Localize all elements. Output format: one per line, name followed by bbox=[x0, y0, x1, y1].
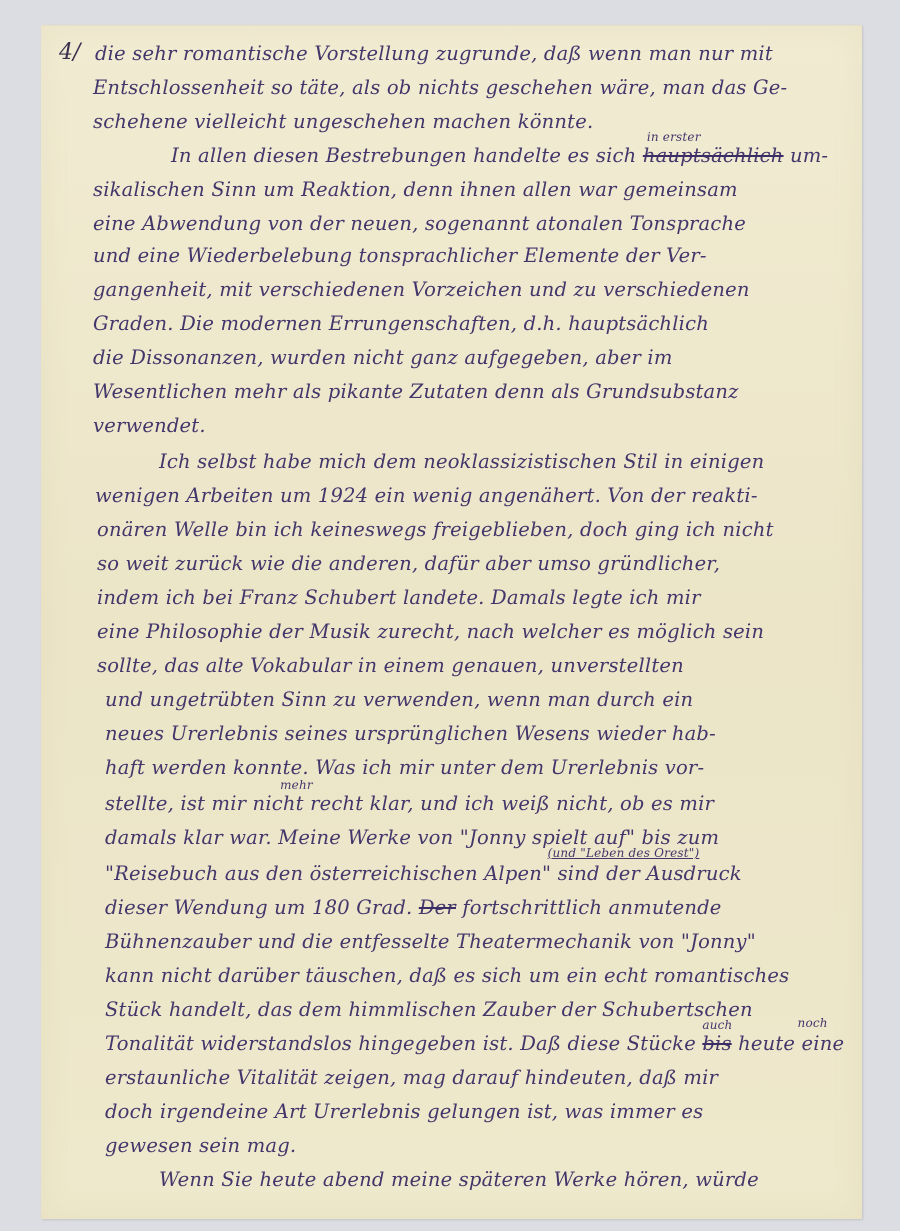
manuscript-line: Wesentlichen mehr als pikante Zutaten de… bbox=[93, 380, 739, 403]
manuscript-line: gewesen sein mag. bbox=[105, 1134, 296, 1157]
manuscript-line: die Dissonanzen, wurden nicht ganz aufge… bbox=[93, 346, 673, 369]
manuscript-line: eine Abwendung von der neuen, sogenannt … bbox=[93, 212, 746, 235]
line-text: dieser Wendung um 180 Grad. bbox=[105, 896, 412, 919]
line-text: stellte, ist mir nicht bbox=[105, 792, 304, 815]
manuscript-line: dieser Wendung um 180 Grad. Der fortschr… bbox=[105, 896, 722, 919]
line-text: eine bbox=[802, 1032, 845, 1055]
manuscript-line: "Reisebuch aus den österreichischen Alpe… bbox=[105, 862, 742, 885]
manuscript-line: sollte, das alte Vokabular in einem gena… bbox=[97, 654, 684, 677]
manuscript-line: verwendet. bbox=[93, 414, 206, 437]
interlinear-insertion: auch bbox=[702, 1018, 732, 1032]
interlinear-insertion: mehr bbox=[280, 778, 313, 792]
manuscript-line: gangenheit, mit verschiedenen Vorzeichen… bbox=[93, 278, 750, 301]
line-text: "Reisebuch aus den österreichischen Alpe… bbox=[105, 862, 551, 885]
manuscript-line: doch irgendeine Art Urerlebnis gelungen … bbox=[105, 1100, 703, 1123]
manuscript-page: 4/ die sehr romantische Vorstellung zugr… bbox=[41, 25, 862, 1219]
line-text: Tonalität widerstandslos hingegeben ist.… bbox=[105, 1032, 696, 1055]
page-number: 4/ bbox=[59, 40, 80, 65]
manuscript-line: haft werden konnte. Was ich mir unter de… bbox=[105, 756, 704, 779]
manuscript-line: Graden. Die modernen Errungenschaften, d… bbox=[93, 312, 709, 335]
manuscript-line: so weit zurück wie die anderen, dafür ab… bbox=[97, 552, 720, 575]
line-text: heute bbox=[738, 1032, 795, 1055]
manuscript-line: Bühnenzauber und die entfesselte Theater… bbox=[105, 930, 756, 953]
manuscript-line: wenigen Arbeiten um 1924 ein wenig angen… bbox=[95, 484, 758, 507]
manuscript-line: und eine Wiederbelebung tonsprachlicher … bbox=[93, 244, 707, 267]
manuscript-line: kann nicht darüber täuschen, daß es sich… bbox=[105, 964, 789, 987]
manuscript-line: indem ich bei Franz Schubert landete. Da… bbox=[97, 586, 701, 609]
interlinear-insertion: noch bbox=[798, 1016, 828, 1030]
struck-text: hauptsächlich bbox=[643, 144, 784, 167]
line-text: In allen diesen Bestrebungen handelte es… bbox=[171, 144, 636, 167]
line-text: um- bbox=[790, 144, 828, 167]
manuscript-line: Ich selbst habe mich dem neoklassizistis… bbox=[159, 450, 764, 473]
manuscript-line: erstaunliche Vitalität zeigen, mag darau… bbox=[105, 1066, 718, 1089]
manuscript-line: onären Welle bin ich keineswegs freigebl… bbox=[97, 518, 774, 541]
manuscript-line: neues Urerlebnis seines ursprünglichen W… bbox=[105, 722, 716, 745]
manuscript-line: eine Philosophie der Musik zurecht, nach… bbox=[97, 620, 764, 643]
manuscript-line: Entschlossenheit so täte, als ob nichts … bbox=[93, 76, 787, 99]
interlinear-insertion: (und "Leben des Orest") bbox=[548, 846, 700, 860]
line-text: sind der Ausdruck bbox=[558, 862, 742, 885]
line-text: recht klar, und ich weiß nicht, ob es mi… bbox=[310, 792, 714, 815]
manuscript-line: Wenn Sie heute abend meine späteren Werk… bbox=[159, 1168, 759, 1191]
manuscript-line: In allen diesen Bestrebungen handelte es… bbox=[171, 144, 828, 167]
manuscript-line: die sehr romantische Vorstellung zugrund… bbox=[95, 42, 773, 65]
manuscript-line: stellte, ist mir nicht mehr recht klar, … bbox=[105, 792, 714, 815]
manuscript-line: Stück handelt, das dem himmlischen Zaube… bbox=[105, 998, 753, 1021]
manuscript-line: Tonalität widerstandslos hingegeben ist.… bbox=[105, 1032, 844, 1055]
manuscript-line: sikalischen Sinn um Reaktion, denn ihnen… bbox=[93, 178, 738, 201]
line-text: fortschrittlich anmutende bbox=[462, 896, 721, 919]
manuscript-line: schehene vielleicht ungeschehen machen k… bbox=[93, 110, 593, 133]
struck-text: Der bbox=[419, 896, 456, 919]
struck-text: bis bbox=[702, 1032, 731, 1055]
interlinear-insertion: in erster bbox=[647, 130, 701, 144]
manuscript-line: und ungetrübten Sinn zu verwenden, wenn … bbox=[105, 688, 693, 711]
